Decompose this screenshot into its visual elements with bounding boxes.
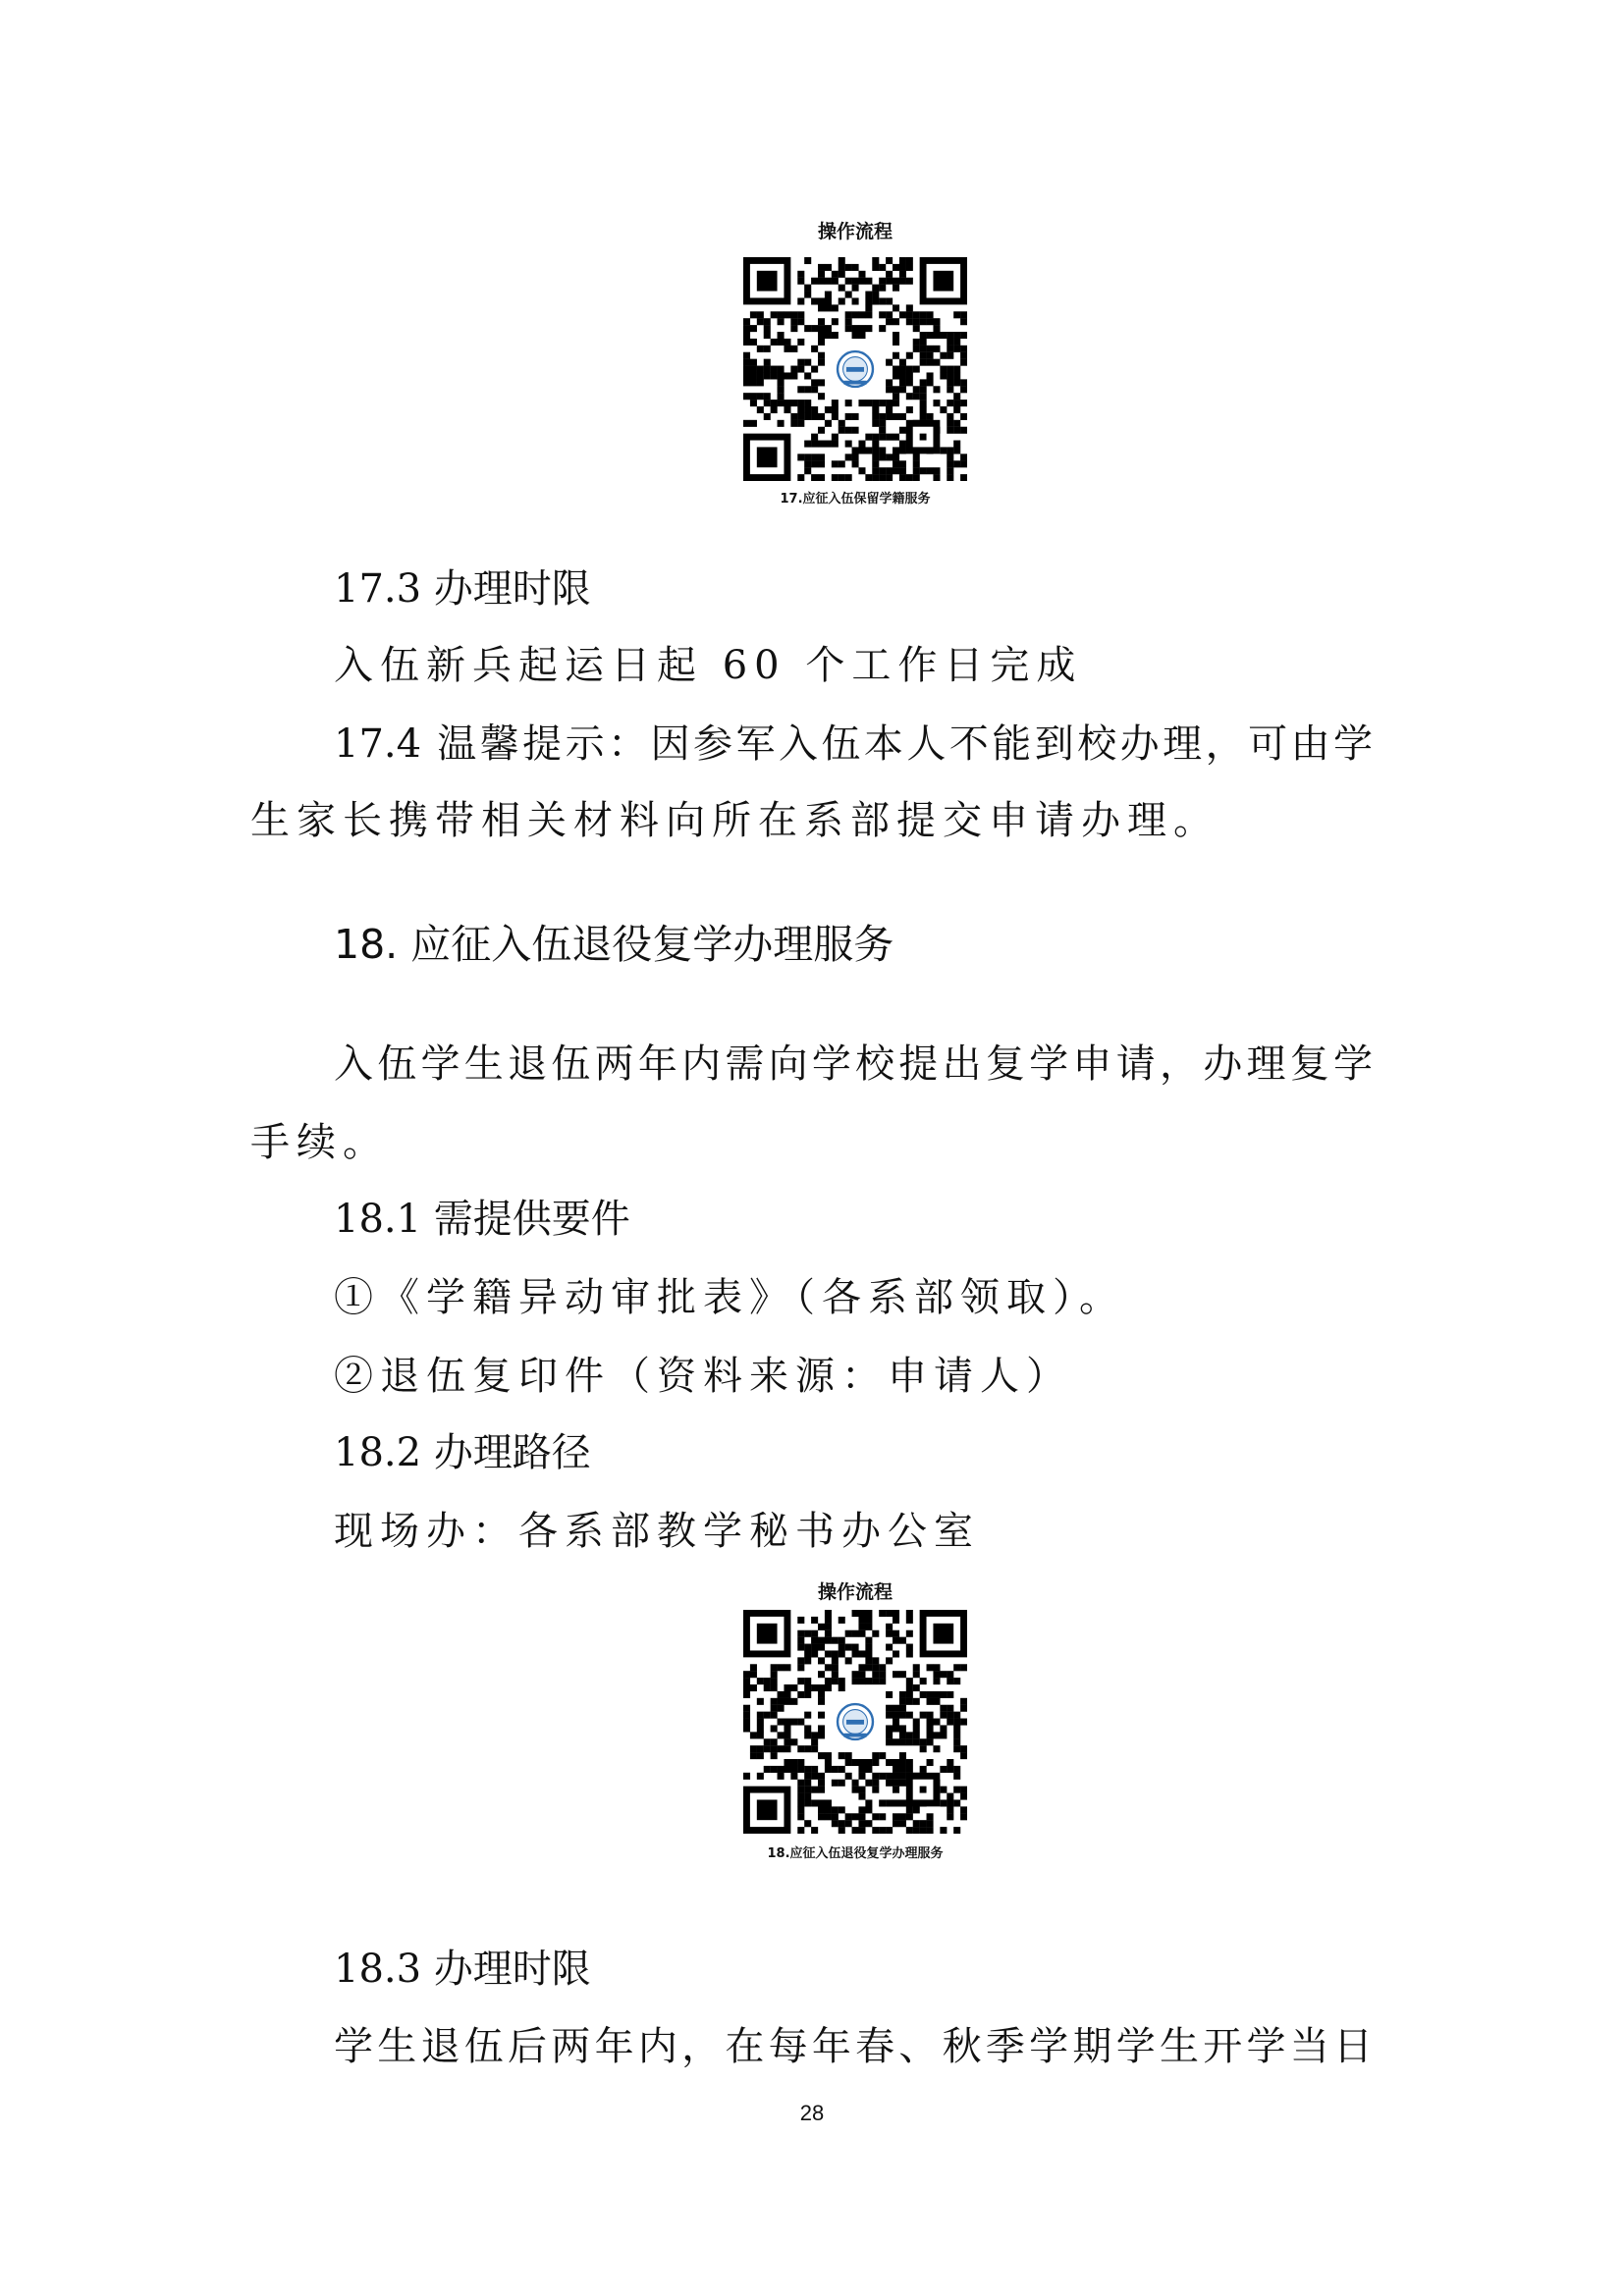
subheading-18-3: 18.3 办理时限 [334,1942,1373,1997]
requirement-item-2: ②退伍复印件（资料来源：申请人） [334,1349,1373,1404]
page-number: 28 [0,2101,1624,2126]
subheading-18-2: 18.2 办理路径 [334,1425,1373,1480]
paragraph-18-2: 现场办：各系部教学秘书办公室 [334,1504,1373,1559]
qr-caption: 18.应征入伍退役复学办理服务 [722,1845,989,1863]
qr-code-icon[interactable] [743,1610,967,1834]
qr-title: 操作流程 [722,220,989,243]
subheading-18-1: 18.1 需提供要件 [334,1192,1373,1247]
paragraph-18-3: 学生退伍后两年内，在每年春、秋季学期学生开学当日 [334,2019,1373,2074]
paragraph-18-intro-line2: 手续。 [250,1115,1373,1170]
paragraph-17-4-line2: 生家长携带相关材料向所在系部提交申请办理。 [250,793,1373,848]
paragraph-17-3: 入伍新兵起运日起 60 个工作日完成 [334,638,1373,693]
qr-block-17: 操作流程 17.应征入伍保留学籍服务 [722,220,989,508]
section-heading-18: 18. 应征入伍退役复学办理服务 [334,917,1373,972]
paragraph-17-4-line1: 17.4 温馨提示：因参军入伍本人不能到校办理，可由学 [334,717,1373,772]
requirement-item-1: ①《学籍异动审批表》（各系部领取）。 [334,1270,1373,1325]
qr-block-18: 操作流程 18.应征入伍退役复学办理服务 [722,1580,989,1863]
subheading-17-3: 17.3 办理时限 [334,561,1373,616]
paragraph-18-intro-line1: 入伍学生退伍两年内需向学校提出复学申请，办理复学 [334,1037,1373,1092]
qr-caption: 17.应征入伍保留学籍服务 [722,491,989,508]
qr-code-icon[interactable] [743,257,967,481]
qr-title: 操作流程 [722,1580,989,1604]
